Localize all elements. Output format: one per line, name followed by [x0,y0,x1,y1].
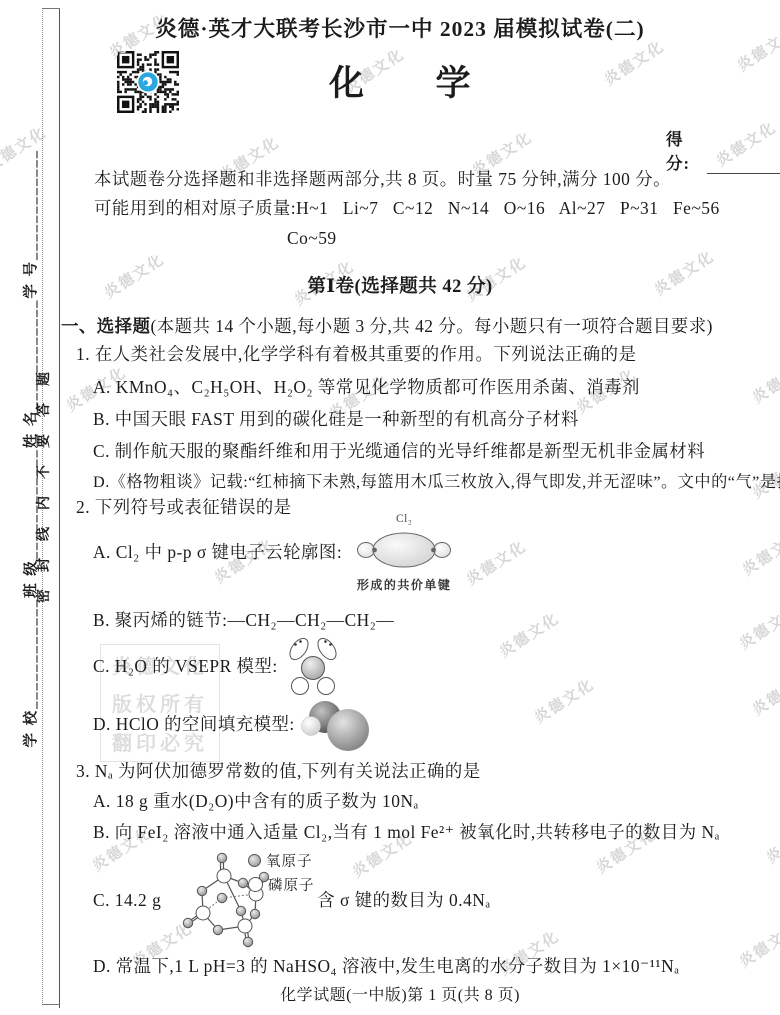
q1-option-b: B. 中国天眼 FAST 用到的碳化硅是一种新型的有机高分子材料 [93,409,579,431]
q3-option-c-prefix: C. 14.2 g [93,890,161,912]
watermark: 炎德文化 [748,353,780,408]
watermark: 炎德文化 [462,535,530,590]
q2-option-b: B. 聚丙烯的链节:—CH₂—CH₂—CH₂— [93,610,394,632]
atomic-mass-line: 可能用到的相对原子质量:H~1 Li~7 C~12 N~14 O~16 Al~2… [94,198,720,220]
q3-option-c-suffix: 含 σ 键的数目为 0.4Nₐ [317,890,490,912]
exam-title: 炎德·英才大联考长沙市一中 2023 届模拟试卷(二) [60,16,740,43]
q3-option-a: A. 18 g 重水(D₂O)中含有的质子数为 10Nₐ [93,791,419,813]
space-filling-model-diagram [299,696,375,754]
instruction-bold: 一、选择题 [61,316,150,336]
q2-option-a-text: A. Cl₂ 中 p-p σ 键电子云轮廓图: [93,542,342,564]
q2-option-d: D. HClO 的空间填充模型: [93,696,375,754]
seal-line-text: 密封线内不要答题 [33,339,53,619]
q1-option-d: D.《格物粗谈》记载:“红柿摘下未熟,每篮用木瓜三枚放入,得气即发,并无涩味”。… [93,472,780,492]
legend-oxygen-label: 氧原子 [266,850,313,871]
oxygen-atom-icon [248,854,261,867]
page-footer: 化学试题(一中版)第 1 页(共 8 页) [60,986,740,1006]
q3-option-c: C. 14.2 g [93,848,491,953]
watermark: 炎德文化 [735,599,780,654]
q1-stem: 1. 在人类社会发展中,化学学科有着极其重要的作用。下列说法正确的是 [76,344,636,366]
phosphorus-atom-icon [248,877,263,892]
q2a-diagram-caption: 形成的共价单键 [357,576,452,593]
section-1-instruction: 一、选择题(本题共 14 个小题,每小题 3 分,共 42 分。每小题只有一项符… [61,316,713,338]
vsepr-model-diagram [283,637,343,697]
score-blank-line [707,155,780,174]
electron-cloud-diagram [346,525,462,575]
margin-bottom-tick [42,1004,60,1005]
legend-phosphorus-row: 磷原子 [248,874,315,895]
watermark: 炎德文化 [530,673,598,728]
q2-option-c: C. H₂O 的 VSEPR 模型: [93,637,343,697]
intro-line-1: 本试题卷分选择题和非选择题两部分,共 8 页。时量 75 分钟,满分 100 分… [94,169,671,191]
q2a-diagram: Cl₂ 形成的共价单键 [346,513,462,593]
q3-option-d: D. 常温下,1 L pH=3 的 NaHSO₄ 溶液中,发生电离的水分子数目为… [93,956,679,978]
score-field: 得分: [666,126,780,174]
q2-option-c-text: C. H₂O 的 VSEPR 模型: [93,656,278,678]
watermark: 炎德文化 [748,665,780,720]
atomic-mass-line-2: Co~59 [287,228,337,250]
legend-phosphorus-label: 磷原子 [268,874,315,895]
watermark: 炎德文化 [735,917,780,972]
atom-legend: 氧原子 磷原子 [248,850,315,895]
subject-title: 化 学 [60,62,740,106]
section-1-heading: 第Ⅰ卷(选择题共 42 分) [60,276,740,299]
instruction-rest: (本题共 14 个小题,每小题 3 分,共 42 分。每小题只有一项符合题目要求… [150,316,713,336]
q2-option-d-text: D. HClO 的空间填充模型: [93,714,295,736]
watermark: 炎德文化 [738,525,780,580]
watermark: 炎德文化 [495,607,563,662]
watermark: 炎德文化 [762,813,780,868]
legend-oxygen-row: 氧原子 [248,850,315,871]
q3-option-b: B. 向 FeI₂ 溶液中通入适量 Cl₂,当有 1 mol Fe²⁺ 被氧化时… [93,822,720,844]
margin-solid-line [59,8,60,1008]
q1-option-c: C. 制作航天服的聚酯纤维和用于光缆通信的光导纤维都是新型无机非金属材料 [93,441,705,463]
q3-stem: 3. Nₐ 为阿伏加德罗常数的值,下列有关说法正确的是 [76,761,481,783]
margin-top-tick [42,8,60,9]
exam-page: 炎德文化 炎德文化 炎德文化 炎德文化 炎德文化 炎德文化 炎德文化 炎德文化 … [0,0,780,1015]
q1-option-a: A. KMnO₄、C₂H₅OH、H₂O₂ 等常见化学物质都可作医用杀菌、消毒剂 [93,377,640,399]
score-label: 得分: [666,126,707,174]
q2-option-a: A. Cl₂ 中 p-p σ 键电子云轮廓图: Cl₂ 形成的共价单键 [93,513,462,593]
q2a-diagram-label: Cl₂ [396,513,412,525]
